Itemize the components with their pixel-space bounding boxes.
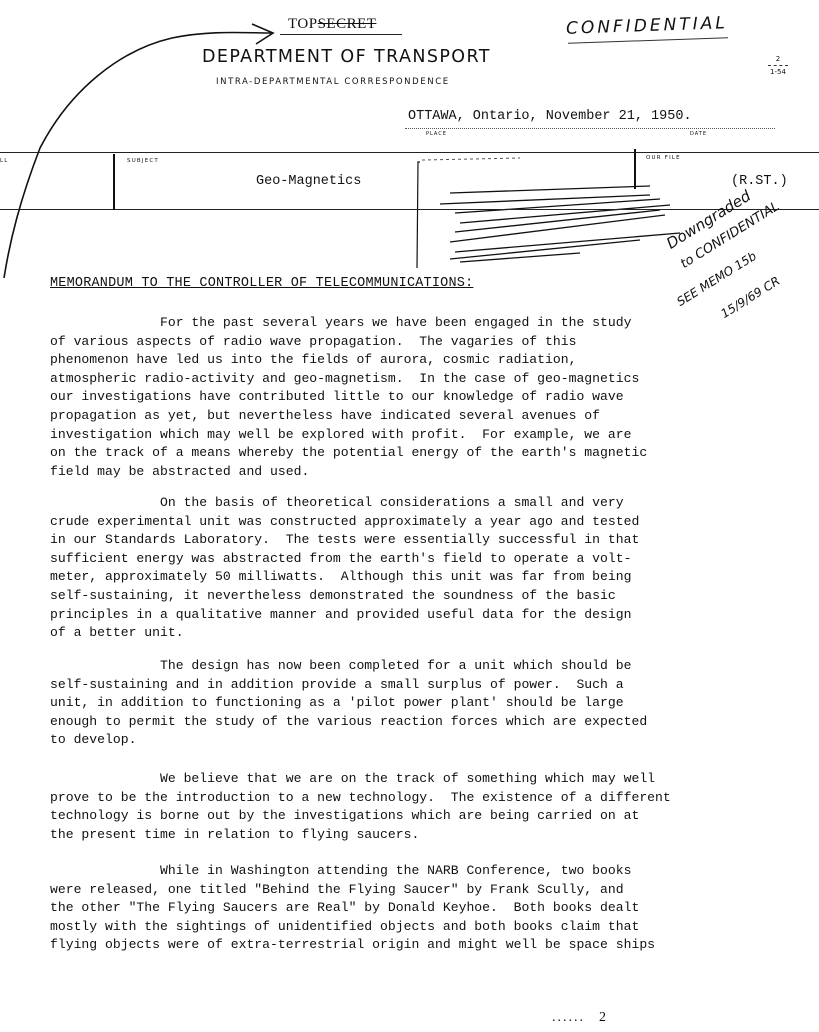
next-page-number: 2 bbox=[599, 1010, 606, 1025]
memo-paragraph: We believe that we are on the track of s… bbox=[50, 770, 800, 844]
page-continuation: ......2 bbox=[552, 1010, 606, 1026]
department-title: DEPARTMENT OF TRANSPORT bbox=[202, 47, 491, 67]
memo-paragraph: While in Washington attending the NARB C… bbox=[50, 862, 800, 955]
classification-underline bbox=[280, 34, 402, 35]
classification-top: TOP bbox=[288, 16, 318, 32]
memo-paragraph: The design has now been completed for a … bbox=[50, 657, 800, 750]
date-label: DATE bbox=[690, 131, 707, 137]
our-file-value: (R.ST.) bbox=[731, 174, 788, 189]
hand-drawn-arrow-icon bbox=[4, 32, 272, 278]
corner-reference-mark: 2 1-54 bbox=[768, 54, 788, 77]
place-label: PLACE bbox=[426, 131, 447, 137]
form-top-rule bbox=[0, 152, 819, 153]
memo-heading: MEMORANDUM TO THE CONTROLLER OF TELECOMM… bbox=[50, 276, 473, 291]
our-file-label: OUR FILE bbox=[646, 155, 681, 161]
confidential-underline bbox=[568, 37, 728, 44]
continuation-dots: ...... bbox=[552, 1010, 585, 1025]
subject-label: SUBJECT bbox=[127, 158, 159, 164]
downgrade-annotation: Downgraded to CONFIDENTIAL SEE MEMO 15b … bbox=[664, 196, 819, 316]
place-date-rule bbox=[405, 128, 775, 129]
subject-value: Geo-Magnetics bbox=[256, 174, 361, 189]
confidential-handwritten-stamp: CONFIDENTIAL bbox=[566, 13, 728, 39]
classification-struck: SECRET bbox=[318, 16, 377, 32]
classification-marking: TOPSECRET bbox=[288, 16, 376, 33]
place-date: OTTAWA, Ontario, November 21, 1950. bbox=[408, 109, 692, 124]
form-divider bbox=[113, 154, 115, 210]
memo-paragraph: On the basis of theoretical consideratio… bbox=[50, 494, 800, 643]
memo-paragraph: For the past several years we have been … bbox=[50, 314, 800, 481]
redacted-field bbox=[415, 160, 640, 268]
department-subtitle: INTRA-DEPARTMENTAL CORRESPONDENCE bbox=[216, 77, 450, 87]
left-field-label: LL bbox=[0, 158, 9, 164]
